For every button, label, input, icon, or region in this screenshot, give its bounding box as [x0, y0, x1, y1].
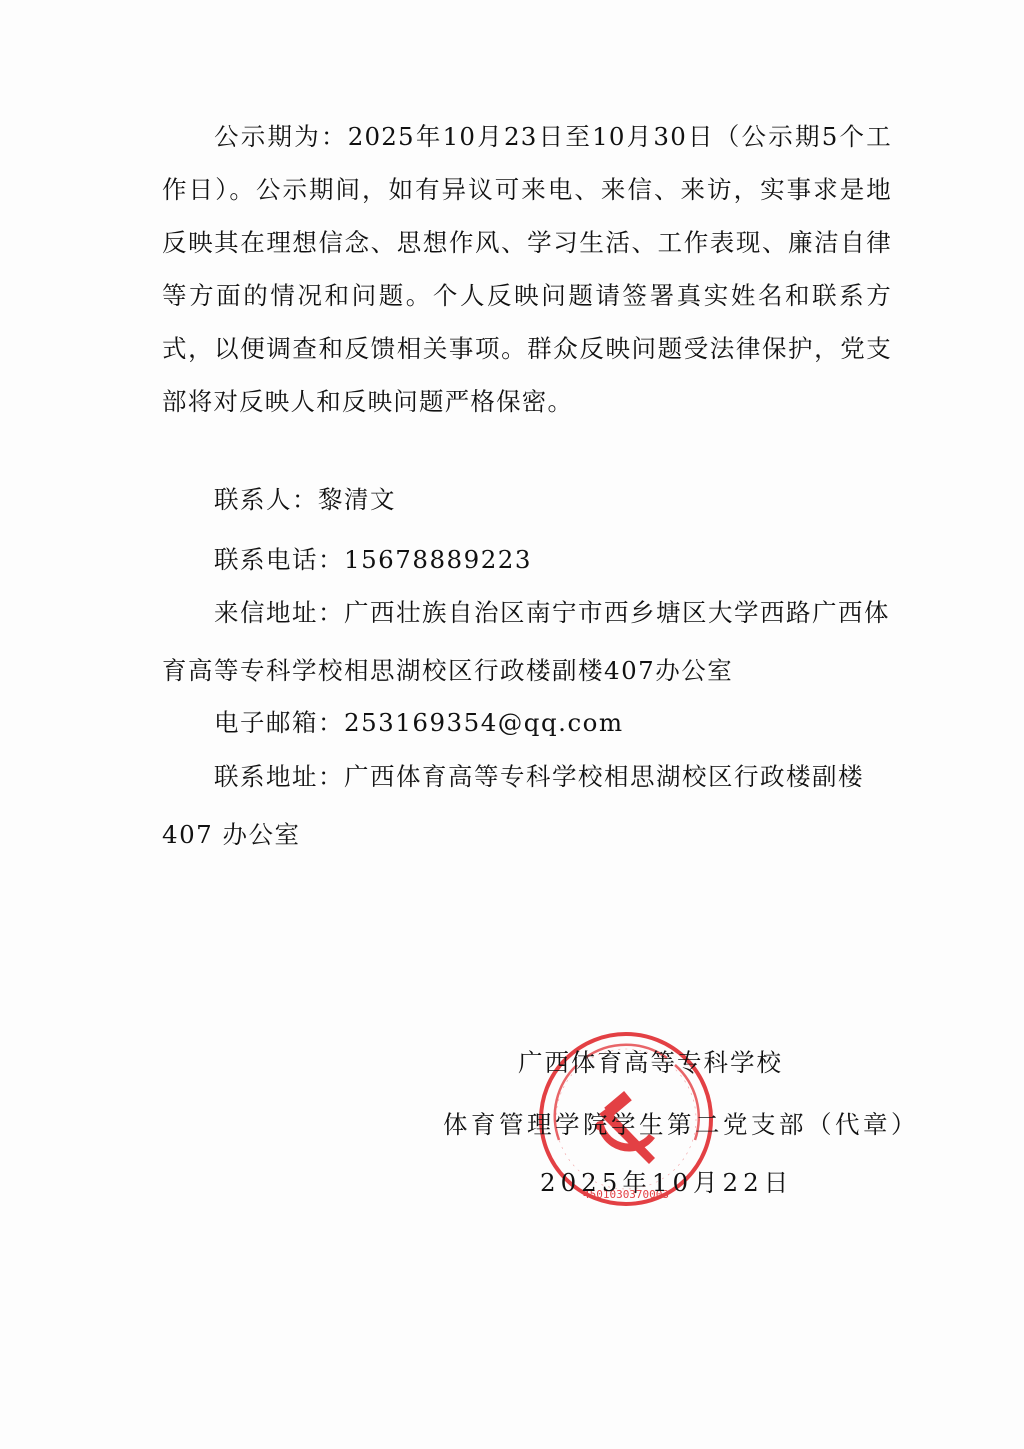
signature-date: 2025年10月22日 — [540, 1164, 793, 1199]
mail-address-label: 来信地址： — [214, 598, 344, 627]
contact-person-label: 联系人： — [214, 485, 318, 514]
contact-address-label: 联系地址： — [214, 762, 344, 791]
contact-phone-value: 15678889223 — [344, 545, 532, 574]
email-label: 电子邮箱： — [214, 708, 344, 737]
email-line: 电子邮箱：253169354@qq.com — [214, 707, 624, 739]
contact-person-value: 黎清文 — [318, 485, 396, 514]
contact-address-block: 联系地址：广西体育高等专科学校相思湖校区行政楼副楼407 办公室 — [162, 748, 892, 864]
contact-phone-label: 联系电话： — [214, 545, 344, 574]
mail-address-block: 来信地址：广西壮族自治区南宁市西乡塘区大学西路广西体育高等专科学校相思湖校区行政… — [162, 584, 892, 700]
signature-branch: 体育管理学院学生第二党支部（代章） — [443, 1106, 919, 1141]
signature-school: 广西体育高等专科学校 — [518, 1044, 783, 1079]
contact-phone-line: 联系电话：15678889223 — [214, 544, 532, 576]
email-value: 253169354@qq.com — [344, 708, 624, 737]
document-page: 公示期为：2025年10月23日至10月30日（公示期5个工作日）。公示期间，如… — [0, 0, 1024, 1449]
contact-person-line: 联系人：黎清文 — [214, 484, 396, 516]
notice-paragraph: 公示期为：2025年10月23日至10月30日（公示期5个工作日）。公示期间，如… — [162, 110, 892, 428]
